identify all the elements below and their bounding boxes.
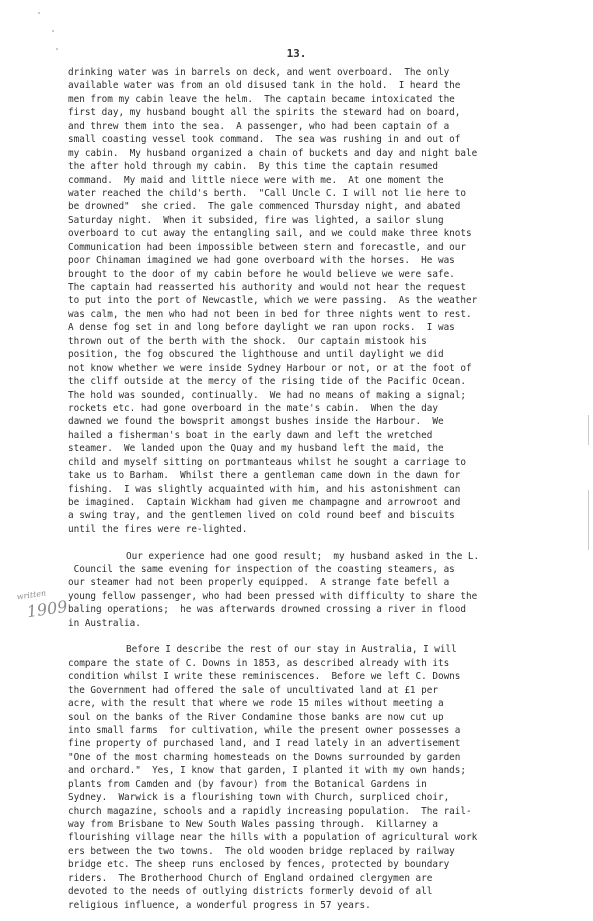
paper-speck [38, 12, 40, 14]
text-line: the cliff outside at the mercy of the ri… [68, 375, 593, 388]
text-line: baling operations; he was afterwards dro… [68, 603, 593, 616]
text-line: dawned we found the bowsprit amongst bus… [68, 415, 593, 428]
text-line: The hold was sounded, continually. We ha… [68, 389, 593, 402]
text-line: drinking water was in barrels on deck, a… [68, 66, 593, 79]
text-line: first day, my husband bought all the spi… [68, 106, 593, 119]
text-line: poor Chinaman imagined we had gone overb… [68, 254, 593, 267]
text-line: devoted to the needs of outlying distric… [68, 885, 593, 898]
text-line: thrown out of the berth with the shock. … [68, 335, 593, 348]
paragraph-gap [68, 536, 593, 549]
text-line: the Government had offered the sale of u… [68, 684, 593, 697]
text-line: compare the state of C. Downs in 1853, a… [68, 657, 593, 670]
text-line: way from Brisbane to New South Wales pas… [68, 818, 593, 831]
text-line: my cabin. My husband organized a chain o… [68, 147, 593, 160]
text-line: Communication had been impossible betwee… [68, 241, 593, 254]
text-line: bridge etc. The sheep runs enclosed by f… [68, 858, 593, 871]
text-line: our steamer had not been properly equipp… [68, 576, 593, 589]
text-line: small coasting vessel took command. The … [68, 133, 593, 146]
paragraph-gap [68, 630, 593, 643]
text-line: plants from Camden and (by favour) from … [68, 778, 593, 791]
text-line: Our experience had one good result; my h… [68, 550, 593, 563]
text-line: command. My maid and little niece were w… [68, 174, 593, 187]
text-line: soul on the banks of the River Condamine… [68, 711, 593, 724]
text-line: rockets etc. had gone overboard in the m… [68, 402, 593, 415]
paragraph: drinking water was in barrels on deck, a… [68, 66, 593, 536]
text-line: until the fires were re-lighted. [68, 523, 593, 536]
text-line: brought to the door of my cabin before h… [68, 268, 593, 281]
text-line: fishing. I was slightly acquainted with … [68, 483, 593, 496]
text-line: position, the fog obscured the lighthous… [68, 348, 593, 361]
text-line: flourishing village near the hills with … [68, 831, 593, 844]
text-line: child and myself sitting on portmanteaus… [68, 456, 593, 469]
text-line: was calm, the men who had not been in be… [68, 308, 593, 321]
handwritten-margin-note: written 1909 [16, 586, 70, 623]
text-line: the after hold through my cabin. By this… [68, 160, 593, 173]
text-line: condition whilst I write these reminisce… [68, 670, 593, 683]
text-line: take us to Barham. Whilst there a gentle… [68, 469, 593, 482]
text-line: overboard to cut away the entangling sai… [68, 227, 593, 240]
typewritten-page: 13. written 1909 drinking water was in b… [0, 0, 593, 921]
page-number: 13. [0, 47, 593, 60]
paragraph: Before I describe the rest of our stay i… [68, 643, 593, 912]
text-line: and threw them into the sea. A passenger… [68, 120, 593, 133]
text-line: young fellow passenger, who had been pre… [68, 590, 593, 603]
text-line: "One of the most charming homesteads on … [68, 751, 593, 764]
text-line: water reached the child's berth. "Call U… [68, 187, 593, 200]
text-line: riders. The Brotherhood Church of Englan… [68, 872, 593, 885]
text-line: steamer. We landed upon the Quay and my … [68, 442, 593, 455]
margin-note-year: 1909 [18, 597, 70, 623]
text-line: Before I describe the rest of our stay i… [68, 643, 593, 656]
paragraph: Our experience had one good result; my h… [68, 550, 593, 631]
text-line: ers between the two towns. The old woode… [68, 845, 593, 858]
text-line: into small farms for cultivation, while … [68, 724, 593, 737]
text-line: The captain had reasserted his authority… [68, 281, 593, 294]
text-line: acre, with the result that where we rode… [68, 697, 593, 710]
text-line: men from my cabin leave the helm. The ca… [68, 93, 593, 106]
text-line: hailed a fisherman's boat in the early d… [68, 429, 593, 442]
text-line: be imagined. Captain Wickham had given m… [68, 496, 593, 509]
text-line: and orchard." Yes, I know that garden, I… [68, 764, 593, 777]
text-line: in Australia. [68, 617, 593, 630]
text-line: be drowned" she cried. The gale commence… [68, 200, 593, 213]
text-line: A dense fog set in and long before dayli… [68, 321, 593, 334]
text-line: fine property of purchased land, and I r… [68, 737, 593, 750]
text-line: Saturday night. When it subsided, fire w… [68, 214, 593, 227]
text-line: religious influence, a wonderful progres… [68, 899, 593, 912]
text-line: church magazine, schools and a rapidly i… [68, 805, 593, 818]
text-line: Council the same evening for inspection … [68, 563, 593, 576]
text-line: available water was from an old disused … [68, 79, 593, 92]
text-line: Sydney. Warwick is a flourishing town wi… [68, 791, 593, 804]
text-line: a swing tray, and the gentlemen lived on… [68, 509, 593, 522]
text-line: to put into the port of Newcastle, which… [68, 294, 593, 307]
text-line: not know whether we were inside Sydney H… [68, 362, 593, 375]
body-text: drinking water was in barrels on deck, a… [68, 66, 593, 912]
paper-speck [52, 30, 54, 32]
